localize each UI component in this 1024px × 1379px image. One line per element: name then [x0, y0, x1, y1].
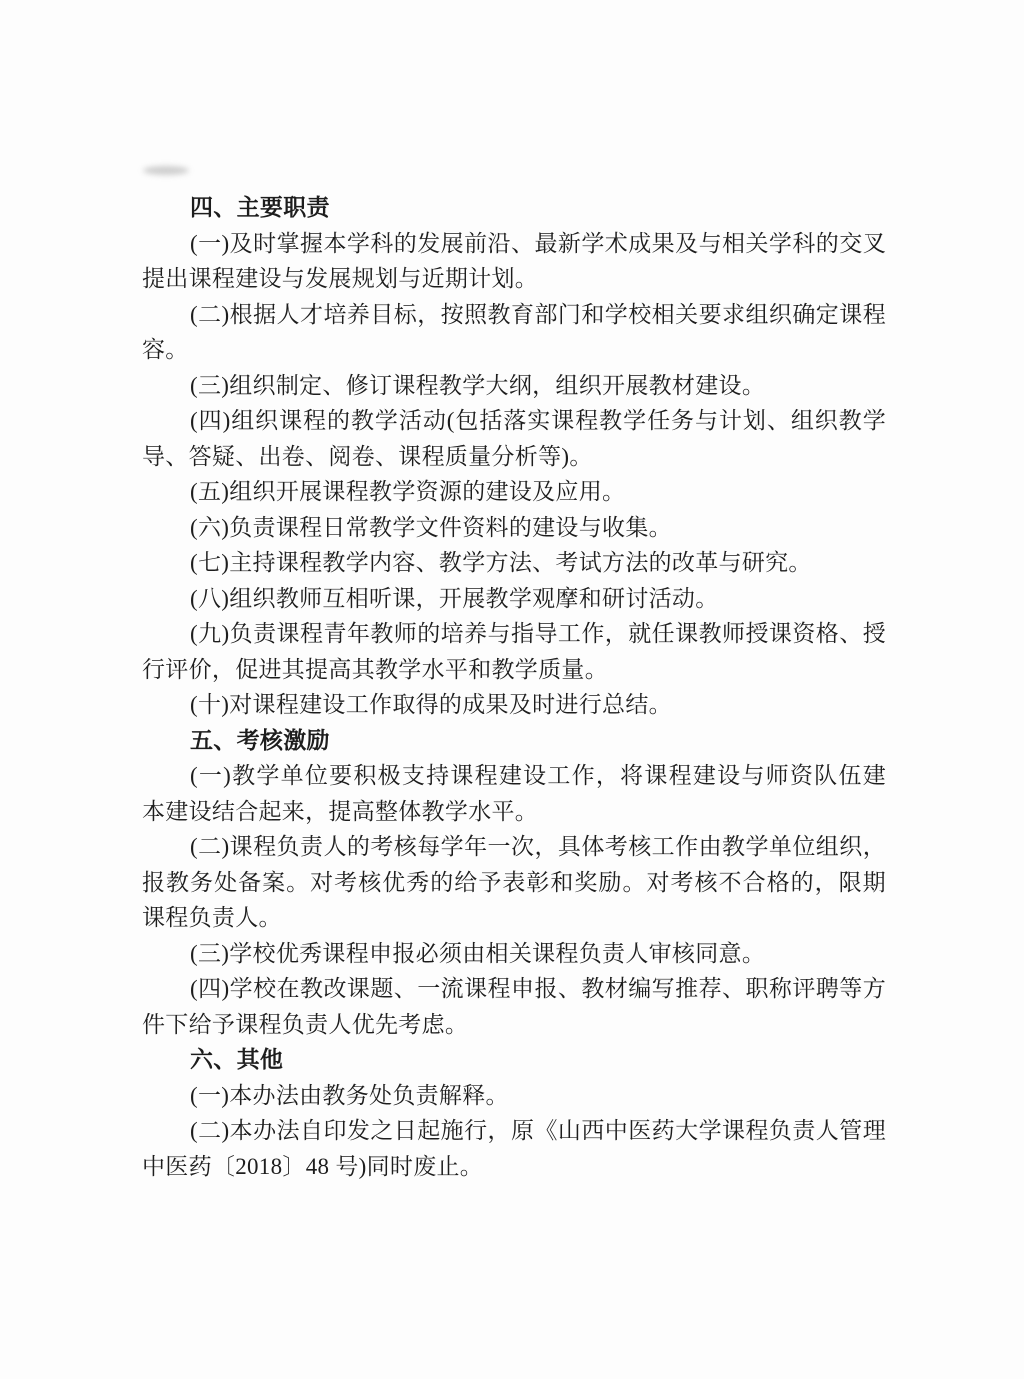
text-line: 件下给予课程负责人优先考虑。 [142, 1007, 886, 1043]
section-heading-assessment-incentives: 五、考核激励 [142, 723, 886, 759]
section-heading-others: 六、其他 [142, 1042, 886, 1078]
document-text-block: 四、主要职责 (一)及时掌握本学科的发展前沿、最新学术成果及与相关学科的交叉和应… [142, 190, 886, 1184]
text-line: (三)学校优秀课程申报必须由相关课程负责人审核同意。 [142, 936, 886, 972]
text-line: 导、答疑、出卷、阅卷、课程质量分析等)。 [142, 439, 886, 475]
text-line: (三)组织制定、修订课程教学大纲，组织开展教材建设。 [142, 368, 886, 404]
text-line: (四)组织课程的教学活动(包括落实课程教学任务与计划、组织教学研讨、辅 [142, 403, 886, 439]
text-line: (一)教学单位要积极支持课程建设工作，将课程建设与师资队伍建设、教学基 [142, 758, 886, 794]
text-line: 课程负责人。 [142, 900, 886, 936]
text-line: (十)对课程建设工作取得的成果及时进行总结。 [142, 687, 886, 723]
text-line: 报教务处备案。对考核优秀的给予表彰和奖励。对考核不合格的，限期整改或更换 [142, 865, 886, 901]
text-line: (五)组织开展课程教学资源的建设及应用。 [142, 474, 886, 510]
text-line: (一)本办法由教务处负责解释。 [142, 1078, 886, 1114]
section-heading-main-duties: 四、主要职责 [142, 190, 886, 226]
text-line: (六)负责课程日常教学文件资料的建设与收集。 [142, 510, 886, 546]
text-line: (二)本办法自印发之日起施行，原《山西中医药大学课程负责人管理办法》(山 [142, 1113, 886, 1149]
text-line: 提出课程建设与发展规划与近期计划。 [142, 261, 886, 297]
text-line: (一)及时掌握本学科的发展前沿、最新学术成果及与相关学科的交叉和应用， [142, 226, 886, 262]
text-line: 本建设结合起来，提高整体教学水平。 [142, 794, 886, 830]
scan-smudge-artifact [143, 166, 189, 175]
text-line: (二)课程负责人的考核每学年一次，具体考核工作由教学单位组织，考核结果 [142, 829, 886, 865]
text-line: (七)主持课程教学内容、教学方法、考试方法的改革与研究。 [142, 545, 886, 581]
text-line: 行评价，促进其提高其教学水平和教学质量。 [142, 652, 886, 688]
text-line: 中医药〔2018〕48 号)同时废止。 [142, 1149, 886, 1185]
text-line: (八)组织教师互相听课，开展教学观摩和研讨活动。 [142, 581, 886, 617]
scanned-document-page: 四、主要职责 (一)及时掌握本学科的发展前沿、最新学术成果及与相关学科的交叉和应… [0, 0, 1024, 1379]
text-line: (四)学校在教改课题、一流课程申报、教材编写推荐、职称评聘等方面同等条 [142, 971, 886, 1007]
text-line: (二)根据人才培养目标，按照教育部门和学校相关要求组织确定课程目标、内 [142, 297, 886, 333]
text-line: 容。 [142, 332, 886, 368]
text-line: (九)负责课程青年教师的培养与指导工作，就任课教师授课资格、授课水平进 [142, 616, 886, 652]
